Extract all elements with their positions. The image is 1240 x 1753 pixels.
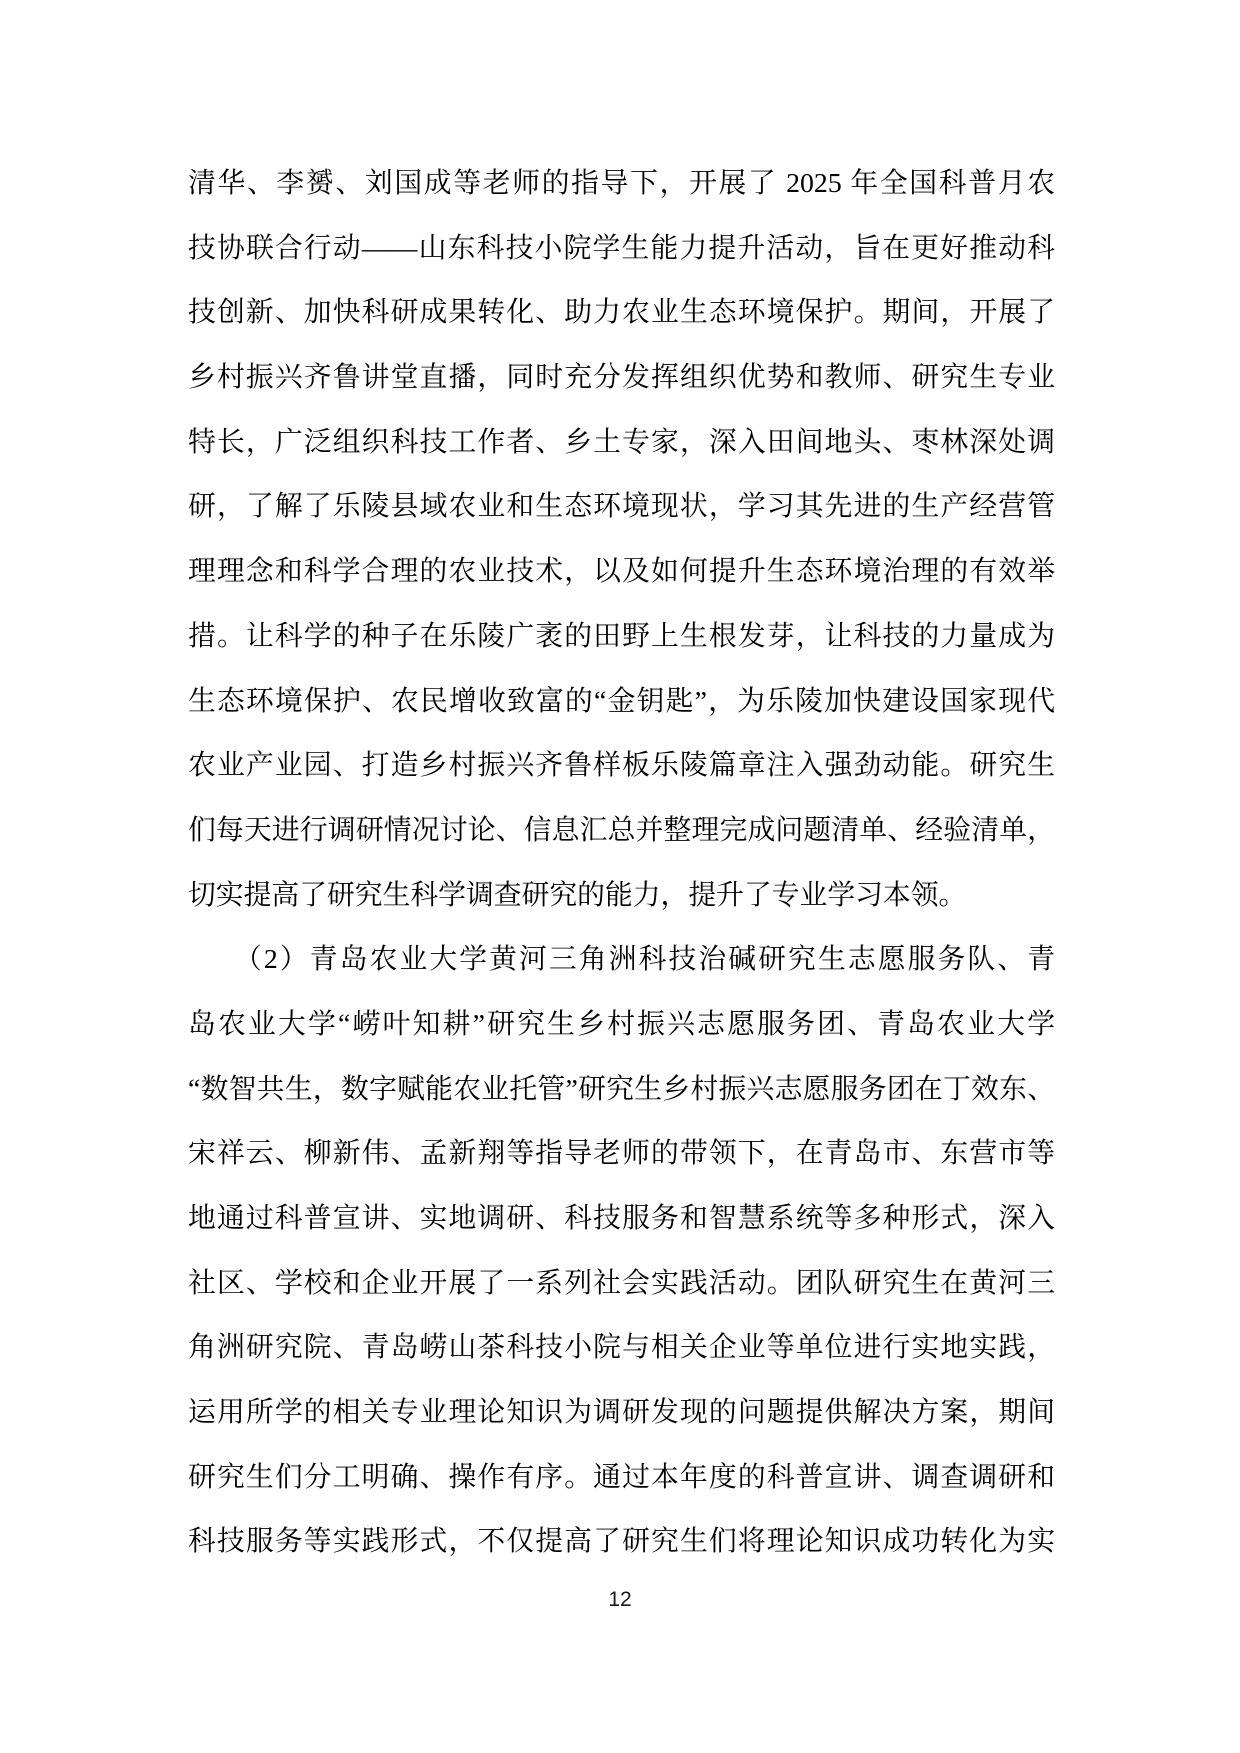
text-line: 角洲研究院、青岛崂山茶科技小院与相关企业等单位进行实地实践， bbox=[188, 1316, 1055, 1381]
page-footer: 12 bbox=[0, 1588, 1240, 1612]
text-line: 研，了解了乐陵县域农业和生态环境现状，学习其先进的生产经营管 bbox=[188, 475, 1055, 540]
text-line: 理理念和科学合理的农业技术，以及如何提升生态环境治理的有效举 bbox=[188, 540, 1055, 605]
document-page: 清华、李赟、刘国成等老师的指导下，开展了 2025 年全国科普月农技协联合行动—… bbox=[0, 0, 1240, 1753]
text-line: 乡村振兴齐鲁讲堂直播，同时充分发挥组织优势和教师、研究生专业 bbox=[188, 346, 1055, 411]
text-line: 技创新、加快科研成果转化、助力农业生态环境保护。期间，开展了 bbox=[188, 281, 1055, 346]
text-line: 特长，广泛组织科技工作者、乡土专家，深入田间地头、枣林深处调 bbox=[188, 411, 1055, 476]
text-line: 技协联合行动——山东科技小院学生能力提升活动，旨在更好推动科 bbox=[188, 217, 1055, 282]
text-line: 研究生们分工明确、操作有序。通过本年度的科普宣讲、调查调研和 bbox=[188, 1446, 1055, 1511]
text-line: 岛农业大学“崂叶知耕”研究生乡村振兴志愿服务团、青岛农业大学 bbox=[188, 993, 1055, 1058]
text-line: 们每天进行调研情况讨论、信息汇总并整理完成问题清单、经验清单， bbox=[188, 799, 1055, 864]
text-line: 地通过科普宣讲、实地调研、科技服务和智慧系统等多种形式，深入 bbox=[188, 1187, 1055, 1252]
text-line: 宋祥云、柳新伟、孟新翔等指导老师的带领下，在青岛市、东营市等 bbox=[188, 1122, 1055, 1187]
paragraph: （2）青岛农业大学黄河三角洲科技治碱研究生志愿服务队、青岛农业大学“崂叶知耕”研… bbox=[188, 928, 1055, 1575]
text-line: （2）青岛农业大学黄河三角洲科技治碱研究生志愿服务队、青 bbox=[188, 928, 1055, 993]
document-text: 清华、李赟、刘国成等老师的指导下，开展了 2025 年全国科普月农技协联合行动—… bbox=[188, 152, 1055, 1575]
text-line: 切实提高了研究生科学调查研究的能力，提升了专业学习本领。 bbox=[188, 864, 1055, 929]
text-line: 清华、李赟、刘国成等老师的指导下，开展了 2025 年全国科普月农 bbox=[188, 152, 1055, 217]
page-number: 12 bbox=[608, 1588, 631, 1611]
text-line: 农业产业园、打造乡村振兴齐鲁样板乐陵篇章注入强劲动能。研究生 bbox=[188, 734, 1055, 799]
text-line: 生态环境保护、农民增收致富的“金钥匙”，为乐陵加快建设国家现代 bbox=[188, 670, 1055, 735]
paragraph: 清华、李赟、刘国成等老师的指导下，开展了 2025 年全国科普月农技协联合行动—… bbox=[188, 152, 1055, 928]
text-line: 运用所学的相关专业理论知识为调研发现的问题提供解决方案，期间 bbox=[188, 1381, 1055, 1446]
text-line: 科技服务等实践形式，不仅提高了研究生们将理论知识成功转化为实 bbox=[188, 1510, 1055, 1575]
text-line: 措。让科学的种子在乐陵广袤的田野上生根发芽，让科技的力量成为 bbox=[188, 605, 1055, 670]
text-line: 社区、学校和企业开展了一系列社会实践活动。团队研究生在黄河三 bbox=[188, 1252, 1055, 1317]
text-line: “数智共生，数字赋能农业托管”研究生乡村振兴志愿服务团在丁效东、 bbox=[188, 1058, 1055, 1123]
